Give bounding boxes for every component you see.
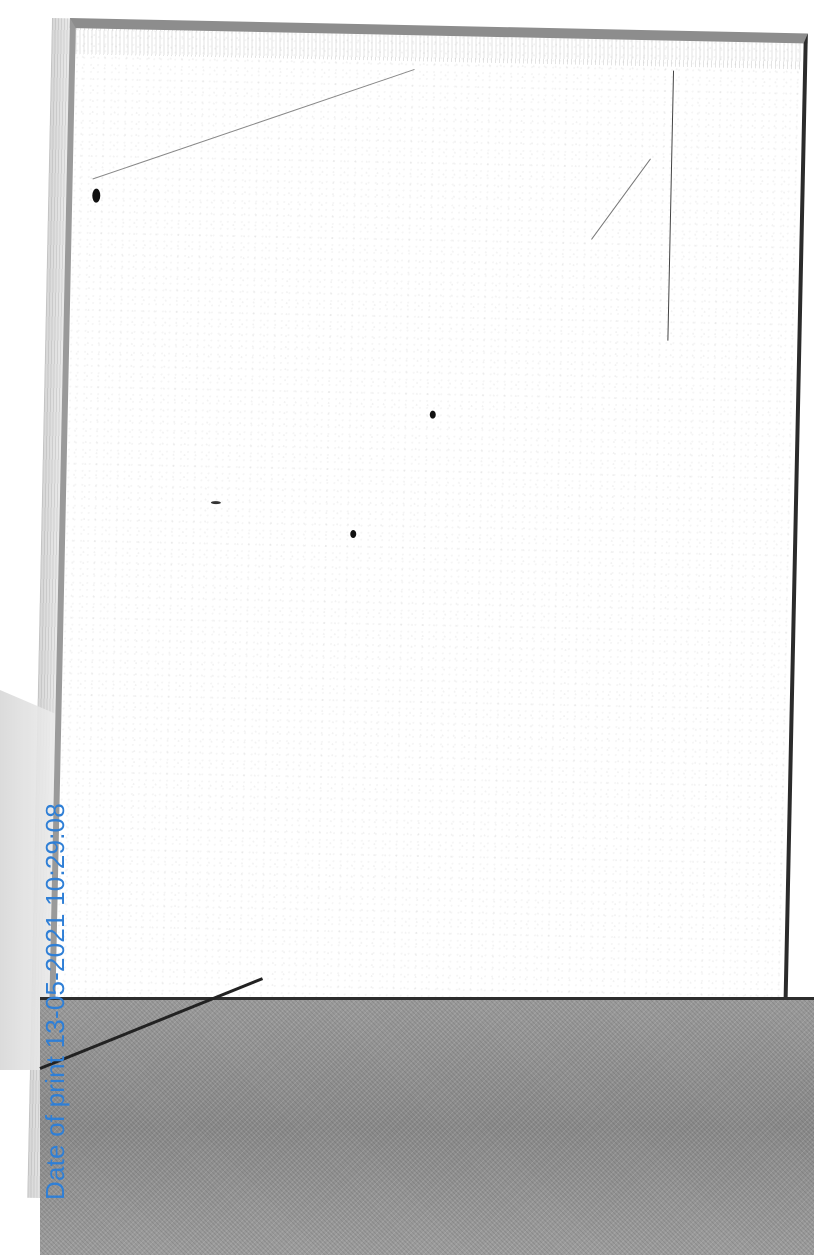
- print-date-stamp: Date of print 13-05-2021 10:29:08: [42, 803, 68, 1200]
- crease-line: [591, 158, 651, 239]
- crease-line: [92, 69, 414, 180]
- crease-line: [667, 71, 674, 341]
- ink-spot: [430, 411, 436, 419]
- scanned-cover: Date of print 13-05-2021 10:29:08: [0, 0, 814, 1255]
- ink-spot: [211, 501, 221, 504]
- ink-spot: [350, 530, 356, 538]
- cloth-binding-band: [40, 997, 814, 1255]
- ink-spot: [92, 189, 100, 203]
